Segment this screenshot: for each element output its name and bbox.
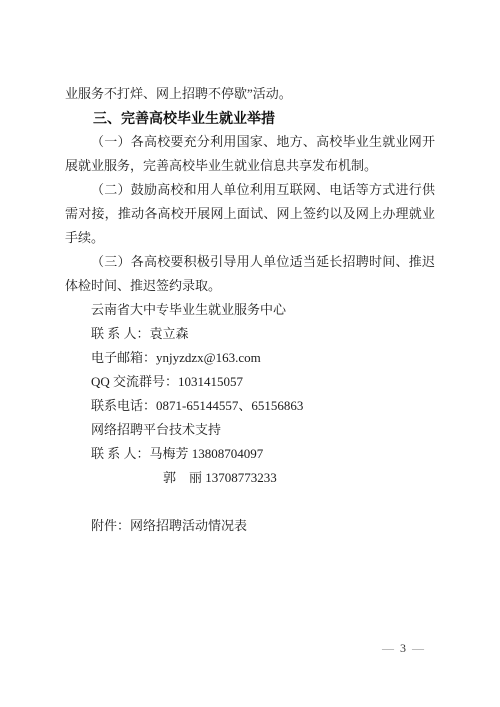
paragraph-item-1: （一）各高校要充分利用国家、地方、高校毕业生就业网开展就业服务，完善高校毕业生就… — [65, 130, 435, 178]
tech-contact-line-1: 联 系 人：马梅芳 13808704097 — [65, 442, 435, 466]
tech-support-title-line: 网络招聘平台技术支持 — [65, 418, 435, 442]
section-heading: 三、完善高校毕业生就业举措 — [65, 106, 435, 130]
paragraph-item-3: （三）各高校要积极引导用人单位适当延长招聘时间、推迟体检时间、推迟签约录取。 — [65, 250, 435, 298]
page-number-dash-right: — — [412, 641, 424, 655]
page-number-value: 3 — [400, 641, 406, 655]
tech-contact-line-2: 郭 丽 13708773233 — [65, 466, 435, 490]
contact-person-line: 联 系 人：袁立森 — [65, 322, 435, 346]
qq-group-line: QQ 交流群号：1031415057 — [65, 370, 435, 394]
paragraph-item-2: （二）鼓励高校和用人单位利用互联网、电话等方式进行供需对接，推动各高校开展网上面… — [65, 178, 435, 250]
document-page: 业服务不打烊、网上招聘不停歇”活动。 三、完善高校毕业生就业举措 （一）各高校要… — [0, 0, 500, 707]
continuation-line: 业服务不打烊、网上招聘不停歇”活动。 — [65, 82, 435, 106]
org-name-line: 云南省大中专毕业生就业服务中心 — [65, 298, 435, 322]
email-line: 电子邮箱：ynjyzdzx@163.com — [65, 346, 435, 370]
page-number: —3— — [382, 641, 424, 656]
page-number-dash-left: — — [382, 641, 394, 655]
phone-line: 联系电话：0871-65144557、65156863 — [65, 394, 435, 418]
document-body: 业服务不打烊、网上招聘不停歇”活动。 三、完善高校毕业生就业举措 （一）各高校要… — [65, 82, 435, 538]
attachment-line: 附件：网络招聘活动情况表 — [65, 514, 435, 538]
